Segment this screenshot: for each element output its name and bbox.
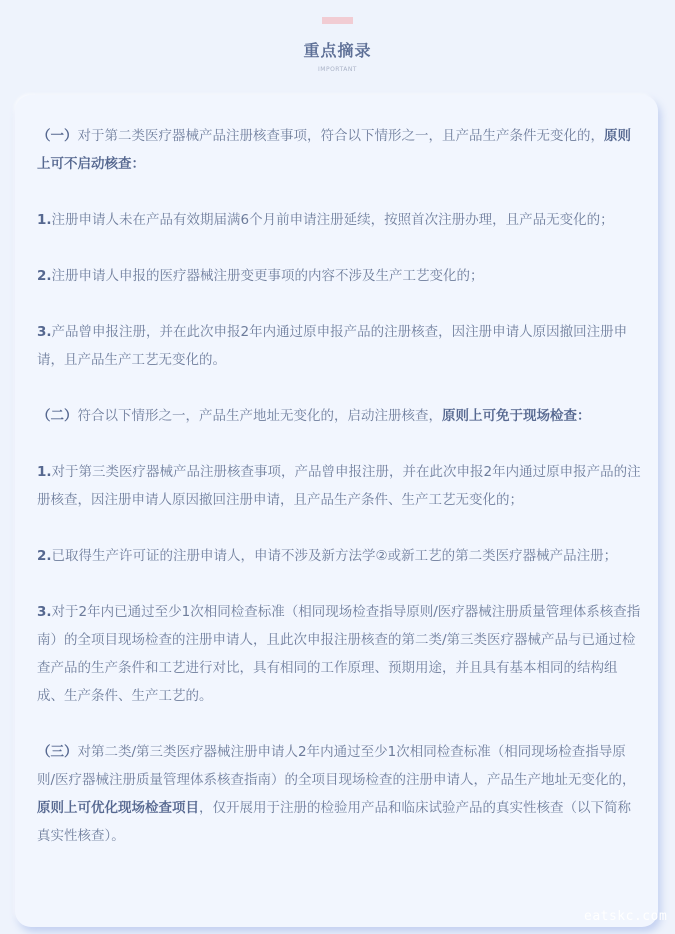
paragraph-emphasis: 原则上可免于现场检查： [442,408,591,424]
paragraph-item-2-2: 2.已取得生产许可证的注册申请人，申请不涉及新方法学②或新工艺的第二类医疗器械产… [37,542,642,570]
paragraph-text: 对于第三类医疗器械产品注册核查事项，产品曾申报注册，并在此次申报2年内通过原申报… [37,464,641,508]
paragraph-prefix: 3. [37,324,52,340]
accent-bar [322,17,353,24]
paragraph-text: 产品曾申报注册，并在此次申报2年内通过原申报产品的注册核查，因注册申请人原因撤回… [37,324,627,368]
paragraph-emphasis: 原则上可优化现场检查项目 [37,800,199,816]
paragraph-prefix: 1. [37,212,52,228]
paragraph-prefix: （三） [37,744,78,760]
paragraph-prefix: 3. [37,604,52,620]
paragraph-prefix: （二） [37,408,78,424]
paragraph-item-2-1: 1.对于第三类医疗器械产品注册核查事项，产品曾申报注册，并在此次申报2年内通过原… [37,458,642,514]
section-subtitle: IMPORTANT [0,66,675,73]
paragraph-text: 对于2年内已通过至少1次相同检查标准（相同现场检查指导原则/医疗器械注册质量管理… [37,604,640,704]
paragraph-section-1: （一）对于第二类医疗器械产品注册核查事项，符合以下情形之一，且产品生产条件无变化… [37,122,642,178]
paragraph-text: 注册申请人申报的医疗器械注册变更事项的内容不涉及生产工艺变化的； [52,268,484,284]
paragraph-text: 已取得生产许可证的注册申请人，申请不涉及新方法学②或新工艺的第二类医疗器械产品注… [52,548,618,564]
paragraph-section-2: （二）符合以下情形之一，产品生产地址无变化的，启动注册核查，原则上可免于现场检查… [37,402,642,430]
paragraph-text: 注册申请人未在产品有效期届满6个月前申请注册延续，按照首次注册办理，且产品无变化… [52,212,614,228]
paragraph-item-1-3: 3.产品曾申报注册，并在此次申报2年内通过原申报产品的注册核查，因注册申请人原因… [37,318,642,374]
paragraph-item-2-3: 3.对于2年内已通过至少1次相同检查标准（相同现场检查指导原则/医疗器械注册质量… [37,598,642,710]
paragraph-section-3: （三）对第二类/第三类医疗器械注册申请人2年内通过至少1次相同检查标准（相同现场… [37,738,642,850]
section-title: 重点摘录 [0,38,675,61]
paragraph-prefix: 1. [37,464,52,480]
paragraph-item-1-1: 1.注册申请人未在产品有效期届满6个月前申请注册延续，按照首次注册办理，且产品无… [37,206,642,234]
content-body: （一）对于第二类医疗器械产品注册核查事项，符合以下情形之一，且产品生产条件无变化… [37,122,642,878]
paragraph-item-1-2: 2.注册申请人申报的医疗器械注册变更事项的内容不涉及生产工艺变化的； [37,262,642,290]
paragraph-text: 对第二类/第三类医疗器械注册申请人2年内通过至少1次相同检查标准（相同现场检查指… [37,744,636,788]
paragraph-prefix: （一） [37,128,78,144]
paragraph-text: 符合以下情形之一，产品生产地址无变化的，启动注册核查， [78,408,443,424]
watermark: eatskc.com [584,909,667,924]
paragraph-prefix: 2. [37,268,52,284]
paragraph-prefix: 2. [37,548,52,564]
paragraph-text: 对于第二类医疗器械产品注册核查事项，符合以下情形之一，且产品生产条件无变化的， [78,128,605,144]
